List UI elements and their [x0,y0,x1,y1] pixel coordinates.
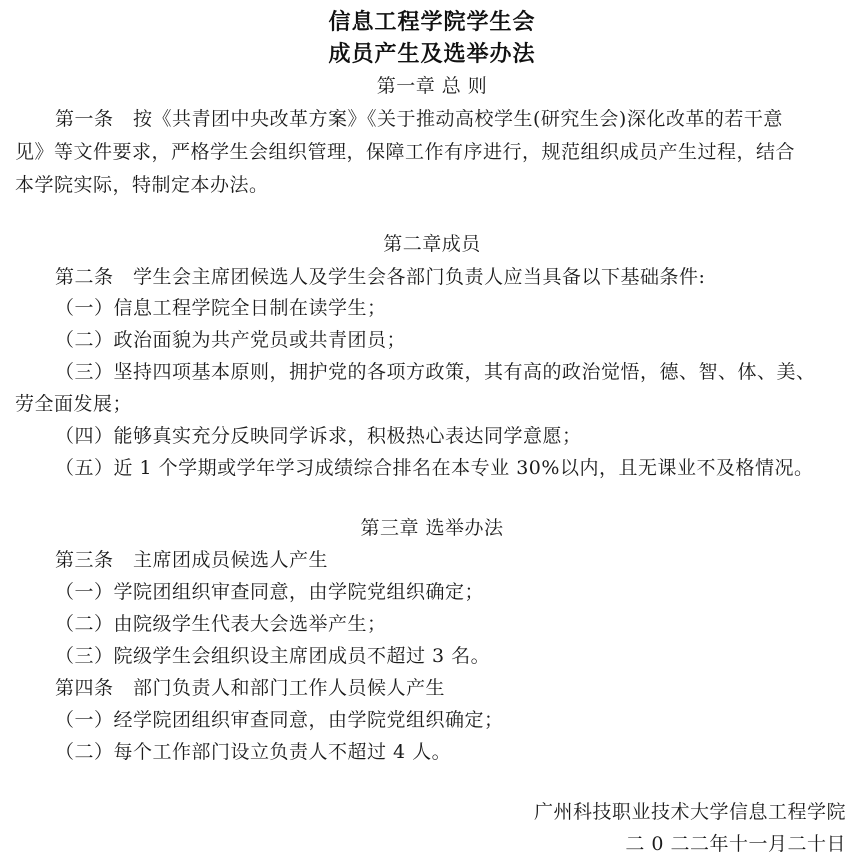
signature-date: 二 0 二二年十一月二十日 [625,832,846,856]
article-4-item: （二）每个工作部门设立负责人不超过 4 人。 [55,740,451,764]
article-2-item: （五）近 1 个学期或学年学习成绩综合排名在本专业 30%以内，且无课业不及格情… [55,456,813,480]
article-2-item: （一）信息工程学院全日制在读学生； [55,296,387,320]
article-3-line: 第三条 主席团成员候选人产生 [55,548,328,572]
article-4-line: 第四条 部门负责人和部门工作人员候人产生 [55,676,445,700]
article-1-line: 本学院实际，特制定本办法。 [15,173,269,197]
article-2-item: 劳全面发展； [15,392,132,416]
article-4-item: （一）经学院团组织审查同意，由学院党组织确定； [55,708,504,732]
chapter-3-heading: 第三章 选举办法 [0,516,864,540]
article-2-item: （二）政治面貌为共产党员或共青团员； [55,328,406,352]
article-2-item: （三）坚持四项基本原则，拥护党的各项方政策，其有高的政治觉悟，德、智、体、美、 [55,360,816,384]
document-title-line2: 成员产生及选举办法 [0,40,864,68]
signature-organization: 广州科技职业技术大学信息工程学院 [534,800,846,824]
article-3-item: （二）由院级学生代表大会选举产生； [55,612,387,636]
article-2-line: 第二条 学生会主席团候选人及学生会各部门负责人应当具备以下基础条件: [55,265,705,289]
chapter-1-heading: 第一章 总 则 [0,74,864,98]
article-3-item: （三）院级学生会组织设主席团成员不超过 3 名。 [55,644,490,668]
article-3-item: （一）学院团组织审查同意，由学院党组织确定； [55,580,484,604]
article-2-item: （四）能够真实充分反映同学诉求，积极热心表达同学意愿； [55,424,582,448]
article-1-line: 见》等文件要求，严格学生会组织管理，保障工作有序进行，规范组织成员产生过程，结合 [15,140,795,164]
article-1-line: 第一条 按《共青团中央改革方案》《关于推动高校学生(研究生会)深化改革的若干意 [55,107,783,131]
document-title-line1: 信息工程学院学生会 [0,8,864,36]
chapter-2-heading: 第二章成员 [0,232,864,256]
